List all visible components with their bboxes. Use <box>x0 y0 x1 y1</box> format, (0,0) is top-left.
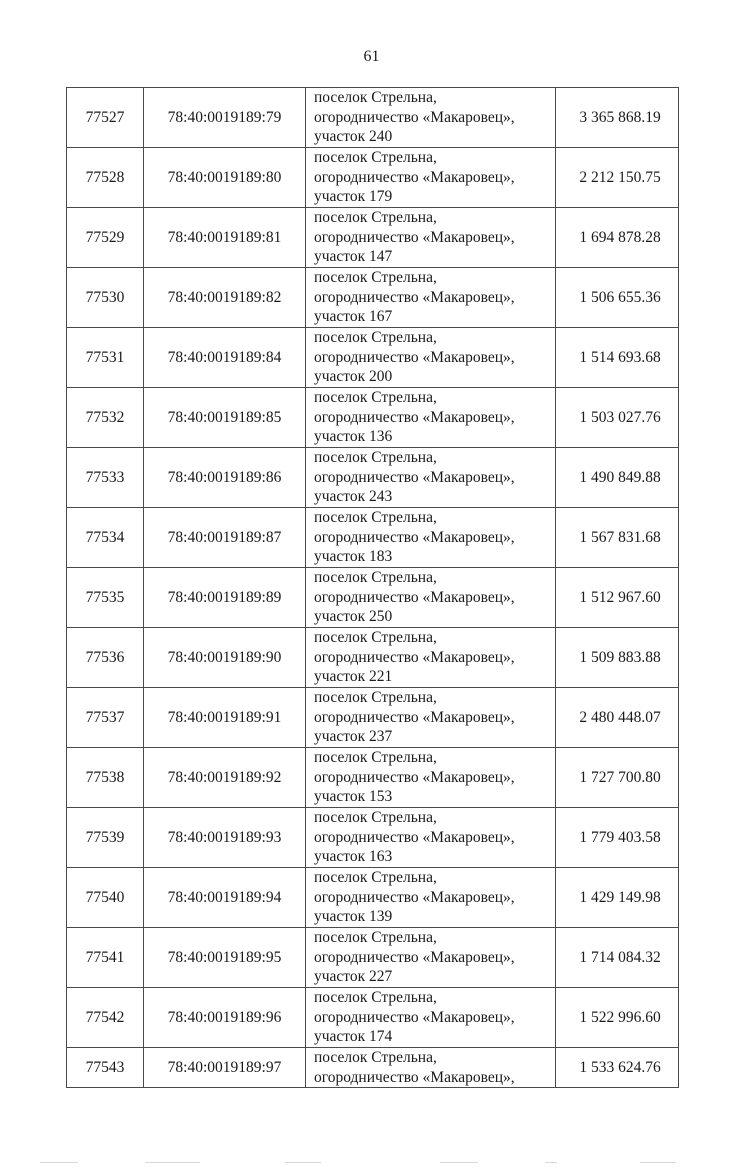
address-cell: поселок Стрельна,огородничество «Макаров… <box>306 328 556 388</box>
address-line: поселок Стрельна, <box>314 328 555 348</box>
cadastral-value-cell: 1 727 700.80 <box>556 748 679 808</box>
scan-artifacts <box>0 1162 743 1165</box>
address-line: поселок Стрельна, <box>314 868 555 888</box>
address-cell: поселок Стрельна,огородничество «Макаров… <box>306 868 556 928</box>
address-line: огородничество «Макаровец», <box>314 468 555 488</box>
address-line: участок 243 <box>314 487 555 507</box>
cadastral-number-cell: 78:40:0019189:91 <box>144 688 306 748</box>
cadastral-value-cell: 2 480 448.07 <box>556 688 679 748</box>
row-number-cell: 77529 <box>67 208 144 268</box>
address-line: огородничество «Макаровец», <box>314 1008 555 1028</box>
address-line: огородничество «Макаровец», <box>314 168 555 188</box>
cadastral-number-cell: 78:40:0019189:90 <box>144 628 306 688</box>
address-cell: поселок Стрельна,огородничество «Макаров… <box>306 988 556 1048</box>
cadastral-value-cell: 1 522 996.60 <box>556 988 679 1048</box>
row-number-cell: 77528 <box>67 148 144 208</box>
table-row: 7752978:40:0019189:81поселок Стрельна,ог… <box>67 208 679 268</box>
address-line: огородничество «Макаровец», <box>314 948 555 968</box>
address-line: участок 227 <box>314 967 555 987</box>
cadastral-value-cell: 1 506 655.36 <box>556 268 679 328</box>
cadastral-value-cell: 2 212 150.75 <box>556 148 679 208</box>
cadastral-number-cell: 78:40:0019189:82 <box>144 268 306 328</box>
row-number-cell: 77539 <box>67 808 144 868</box>
cadastral-value-table: 7752778:40:0019189:79поселок Стрельна,ог… <box>66 87 679 1088</box>
cadastral-number-cell: 78:40:0019189:93 <box>144 808 306 868</box>
cadastral-number-cell: 78:40:0019189:97 <box>144 1048 306 1088</box>
row-number-cell: 77527 <box>67 88 144 148</box>
address-line: огородничество «Макаровец», <box>314 588 555 608</box>
row-number-cell: 77532 <box>67 388 144 448</box>
cadastral-number-cell: 78:40:0019189:95 <box>144 928 306 988</box>
address-line: огородничество «Макаровец», <box>314 528 555 548</box>
address-line: поселок Стрельна, <box>314 208 555 228</box>
address-cell: поселок Стрельна,огородничество «Макаров… <box>306 808 556 868</box>
row-number-cell: 77533 <box>67 448 144 508</box>
address-line: поселок Стрельна, <box>314 568 555 588</box>
cadastral-number-cell: 78:40:0019189:81 <box>144 208 306 268</box>
address-cell: поселок Стрельна,огородничество «Макаров… <box>306 508 556 568</box>
table-row: 7753978:40:0019189:93поселок Стрельна,ог… <box>67 808 679 868</box>
table-row: 7754078:40:0019189:94поселок Стрельна,ог… <box>67 868 679 928</box>
address-line: огородничество «Макаровец», <box>314 108 555 128</box>
cadastral-value-cell: 1 533 624.76 <box>556 1048 679 1088</box>
address-line: участок 139 <box>314 907 555 927</box>
address-line: поселок Стрельна, <box>314 748 555 768</box>
row-number-cell: 77537 <box>67 688 144 748</box>
address-line: участок 200 <box>314 367 555 387</box>
address-cell: поселок Стрельна,огородничество «Макаров… <box>306 628 556 688</box>
address-line: огородничество «Макаровец», <box>314 408 555 428</box>
address-line: огородничество «Макаровец», <box>314 288 555 308</box>
cadastral-value-cell: 1 714 084.32 <box>556 928 679 988</box>
address-line: участок 153 <box>314 787 555 807</box>
cadastral-number-cell: 78:40:0019189:86 <box>144 448 306 508</box>
address-line: поселок Стрельна, <box>314 988 555 1008</box>
address-line: участок 250 <box>314 607 555 627</box>
cadastral-number-cell: 78:40:0019189:94 <box>144 868 306 928</box>
address-cell: поселок Стрельна,огородничество «Макаров… <box>306 928 556 988</box>
address-cell: поселок Стрельна,огородничество «Макаров… <box>306 388 556 448</box>
table-row: 7753578:40:0019189:89поселок Стрельна,ог… <box>67 568 679 628</box>
table-row: 7754178:40:0019189:95поселок Стрельна,ог… <box>67 928 679 988</box>
cadastral-number-cell: 78:40:0019189:87 <box>144 508 306 568</box>
address-cell: поселок Стрельна,огородничество «Макаров… <box>306 1048 556 1088</box>
address-line: участок 147 <box>314 247 555 267</box>
cadastral-value-cell: 1 694 878.28 <box>556 208 679 268</box>
table-row: 7753178:40:0019189:84поселок Стрельна,ог… <box>67 328 679 388</box>
table-row: 7753478:40:0019189:87поселок Стрельна,ог… <box>67 508 679 568</box>
cadastral-number-cell: 78:40:0019189:85 <box>144 388 306 448</box>
cadastral-value-cell: 1 503 027.76 <box>556 388 679 448</box>
cadastral-value-cell: 1 429 149.98 <box>556 868 679 928</box>
address-cell: поселок Стрельна,огородничество «Макаров… <box>306 268 556 328</box>
address-line: поселок Стрельна, <box>314 808 555 828</box>
address-cell: поселок Стрельна,огородничество «Макаров… <box>306 88 556 148</box>
table-row: 7753378:40:0019189:86поселок Стрельна,ог… <box>67 448 679 508</box>
table-row: 7752878:40:0019189:80поселок Стрельна,ог… <box>67 148 679 208</box>
cadastral-value-cell: 1 512 967.60 <box>556 568 679 628</box>
table-row: 7753878:40:0019189:92поселок Стрельна,ог… <box>67 748 679 808</box>
address-line: огородничество «Макаровец», <box>314 888 555 908</box>
cadastral-value-cell: 1 779 403.58 <box>556 808 679 868</box>
cadastral-number-cell: 78:40:0019189:79 <box>144 88 306 148</box>
address-line: огородничество «Макаровец», <box>314 228 555 248</box>
address-line: поселок Стрельна, <box>314 268 555 288</box>
row-number-cell: 77540 <box>67 868 144 928</box>
table-row: 7753778:40:0019189:91поселок Стрельна,ог… <box>67 688 679 748</box>
address-line: поселок Стрельна, <box>314 928 555 948</box>
address-line: участок 240 <box>314 127 555 147</box>
cadastral-number-cell: 78:40:0019189:84 <box>144 328 306 388</box>
cadastral-value-cell: 1 567 831.68 <box>556 508 679 568</box>
address-line: участок 174 <box>314 1027 555 1047</box>
address-cell: поселок Стрельна,огородничество «Макаров… <box>306 748 556 808</box>
address-line: поселок Стрельна, <box>314 388 555 408</box>
row-number-cell: 77530 <box>67 268 144 328</box>
table-row: 7752778:40:0019189:79поселок Стрельна,ог… <box>67 88 679 148</box>
address-line: поселок Стрельна, <box>314 628 555 648</box>
table-row: 7754378:40:0019189:97поселок Стрельна,ог… <box>67 1048 679 1088</box>
row-number-cell: 77541 <box>67 928 144 988</box>
address-line: поселок Стрельна, <box>314 1048 555 1068</box>
address-line: огородничество «Макаровец», <box>314 708 555 728</box>
address-line: участок 136 <box>314 427 555 447</box>
row-number-cell: 77538 <box>67 748 144 808</box>
address-cell: поселок Стрельна,огородничество «Макаров… <box>306 208 556 268</box>
cadastral-value-cell: 1 490 849.88 <box>556 448 679 508</box>
row-number-cell: 77542 <box>67 988 144 1048</box>
table-row: 7753678:40:0019189:90поселок Стрельна,ог… <box>67 628 679 688</box>
cadastral-value-cell: 1 509 883.88 <box>556 628 679 688</box>
address-cell: поселок Стрельна,огородничество «Макаров… <box>306 568 556 628</box>
cadastral-value-cell: 1 514 693.68 <box>556 328 679 388</box>
address-line: участок 179 <box>314 187 555 207</box>
cadastral-value-cell: 3 365 868.19 <box>556 88 679 148</box>
address-line: участок 163 <box>314 847 555 867</box>
row-number-cell: 77543 <box>67 1048 144 1088</box>
address-line: огородничество «Макаровец», <box>314 348 555 368</box>
address-line: участок 237 <box>314 727 555 747</box>
table-row: 7753278:40:0019189:85поселок Стрельна,ог… <box>67 388 679 448</box>
address-line: поселок Стрельна, <box>314 148 555 168</box>
address-line: участок 167 <box>314 307 555 327</box>
address-line: поселок Стрельна, <box>314 508 555 528</box>
row-number-cell: 77531 <box>67 328 144 388</box>
row-number-cell: 77536 <box>67 628 144 688</box>
page-number: 61 <box>0 47 743 67</box>
table-body: 7752778:40:0019189:79поселок Стрельна,ог… <box>67 88 679 1088</box>
row-number-cell: 77534 <box>67 508 144 568</box>
row-number-cell: 77535 <box>67 568 144 628</box>
address-line: поселок Стрельна, <box>314 688 555 708</box>
address-line: огородничество «Макаровец», <box>314 828 555 848</box>
address-line: огородничество «Макаровец», <box>314 648 555 668</box>
cadastral-number-cell: 78:40:0019189:80 <box>144 148 306 208</box>
address-line: участок 221 <box>314 667 555 687</box>
address-cell: поселок Стрельна,огородничество «Макаров… <box>306 148 556 208</box>
address-cell: поселок Стрельна,огородничество «Макаров… <box>306 688 556 748</box>
address-cell: поселок Стрельна,огородничество «Макаров… <box>306 448 556 508</box>
address-line: участок 183 <box>314 547 555 567</box>
address-line: поселок Стрельна, <box>314 88 555 108</box>
cadastral-number-cell: 78:40:0019189:92 <box>144 748 306 808</box>
address-line: огородничество «Макаровец», <box>314 1068 555 1088</box>
table-row: 7754278:40:0019189:96поселок Стрельна,ог… <box>67 988 679 1048</box>
table-row: 7753078:40:0019189:82поселок Стрельна,ог… <box>67 268 679 328</box>
address-line: огородничество «Макаровец», <box>314 768 555 788</box>
address-line: поселок Стрельна, <box>314 448 555 468</box>
cadastral-number-cell: 78:40:0019189:96 <box>144 988 306 1048</box>
cadastral-number-cell: 78:40:0019189:89 <box>144 568 306 628</box>
